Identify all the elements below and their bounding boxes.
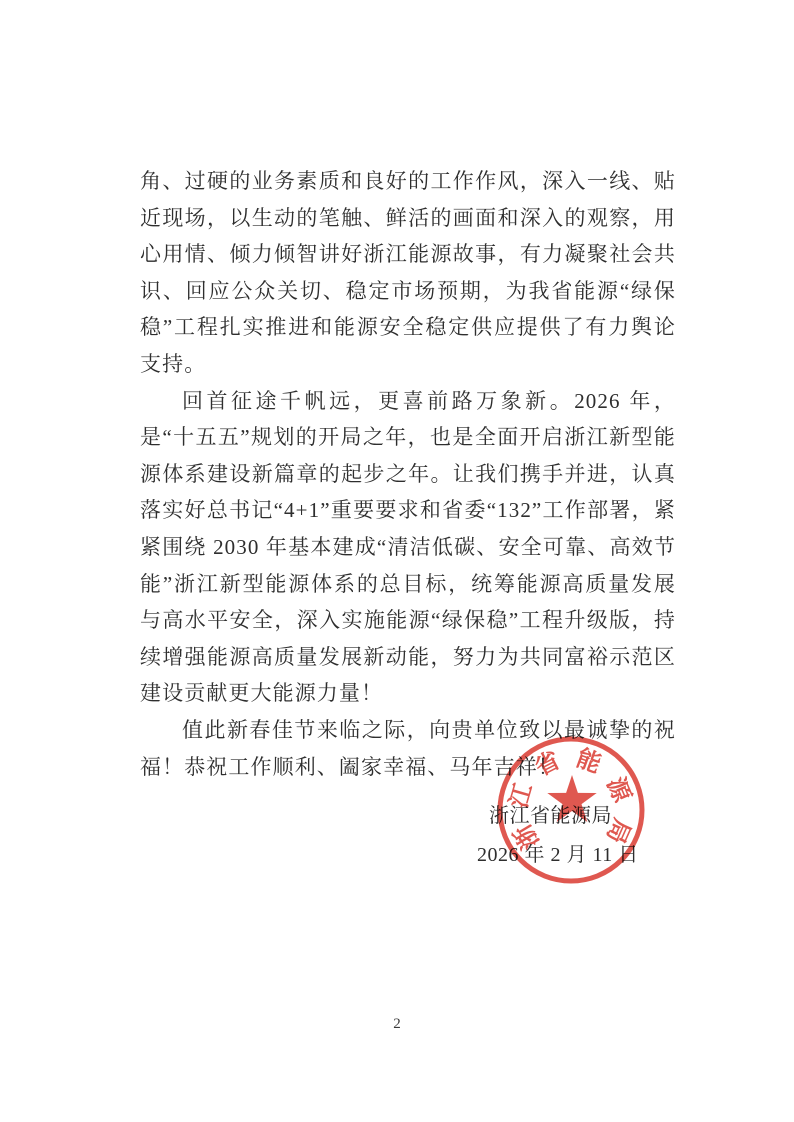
paragraph: 值此新春佳节来临之际，向贵单位致以最诚挚的祝福！恭祝工作顺利、阖家幸福、马年吉祥… bbox=[140, 712, 676, 785]
paragraph: 角、过硬的业务素质和良好的工作作风，深入一线、贴近现场，以生动的笔触、鲜活的画面… bbox=[140, 163, 676, 383]
signature-org: 浙江省能源局 bbox=[489, 799, 612, 828]
letter-page: 角、过硬的业务素质和良好的工作作风，深入一线、贴近现场，以生动的笔触、鲜活的画面… bbox=[0, 0, 794, 1122]
letter-body: 角、过硬的业务素质和良好的工作作风，深入一线、贴近现场，以生动的笔触、鲜活的画面… bbox=[140, 163, 676, 785]
page-number: 2 bbox=[0, 1016, 794, 1033]
signature-date: 2026 年 2 月 11 日 bbox=[477, 838, 639, 867]
paragraph: 回首征途千帆远，更喜前路万象新。2026 年，是“十五五”规划的开局之年，也是全… bbox=[140, 383, 676, 712]
